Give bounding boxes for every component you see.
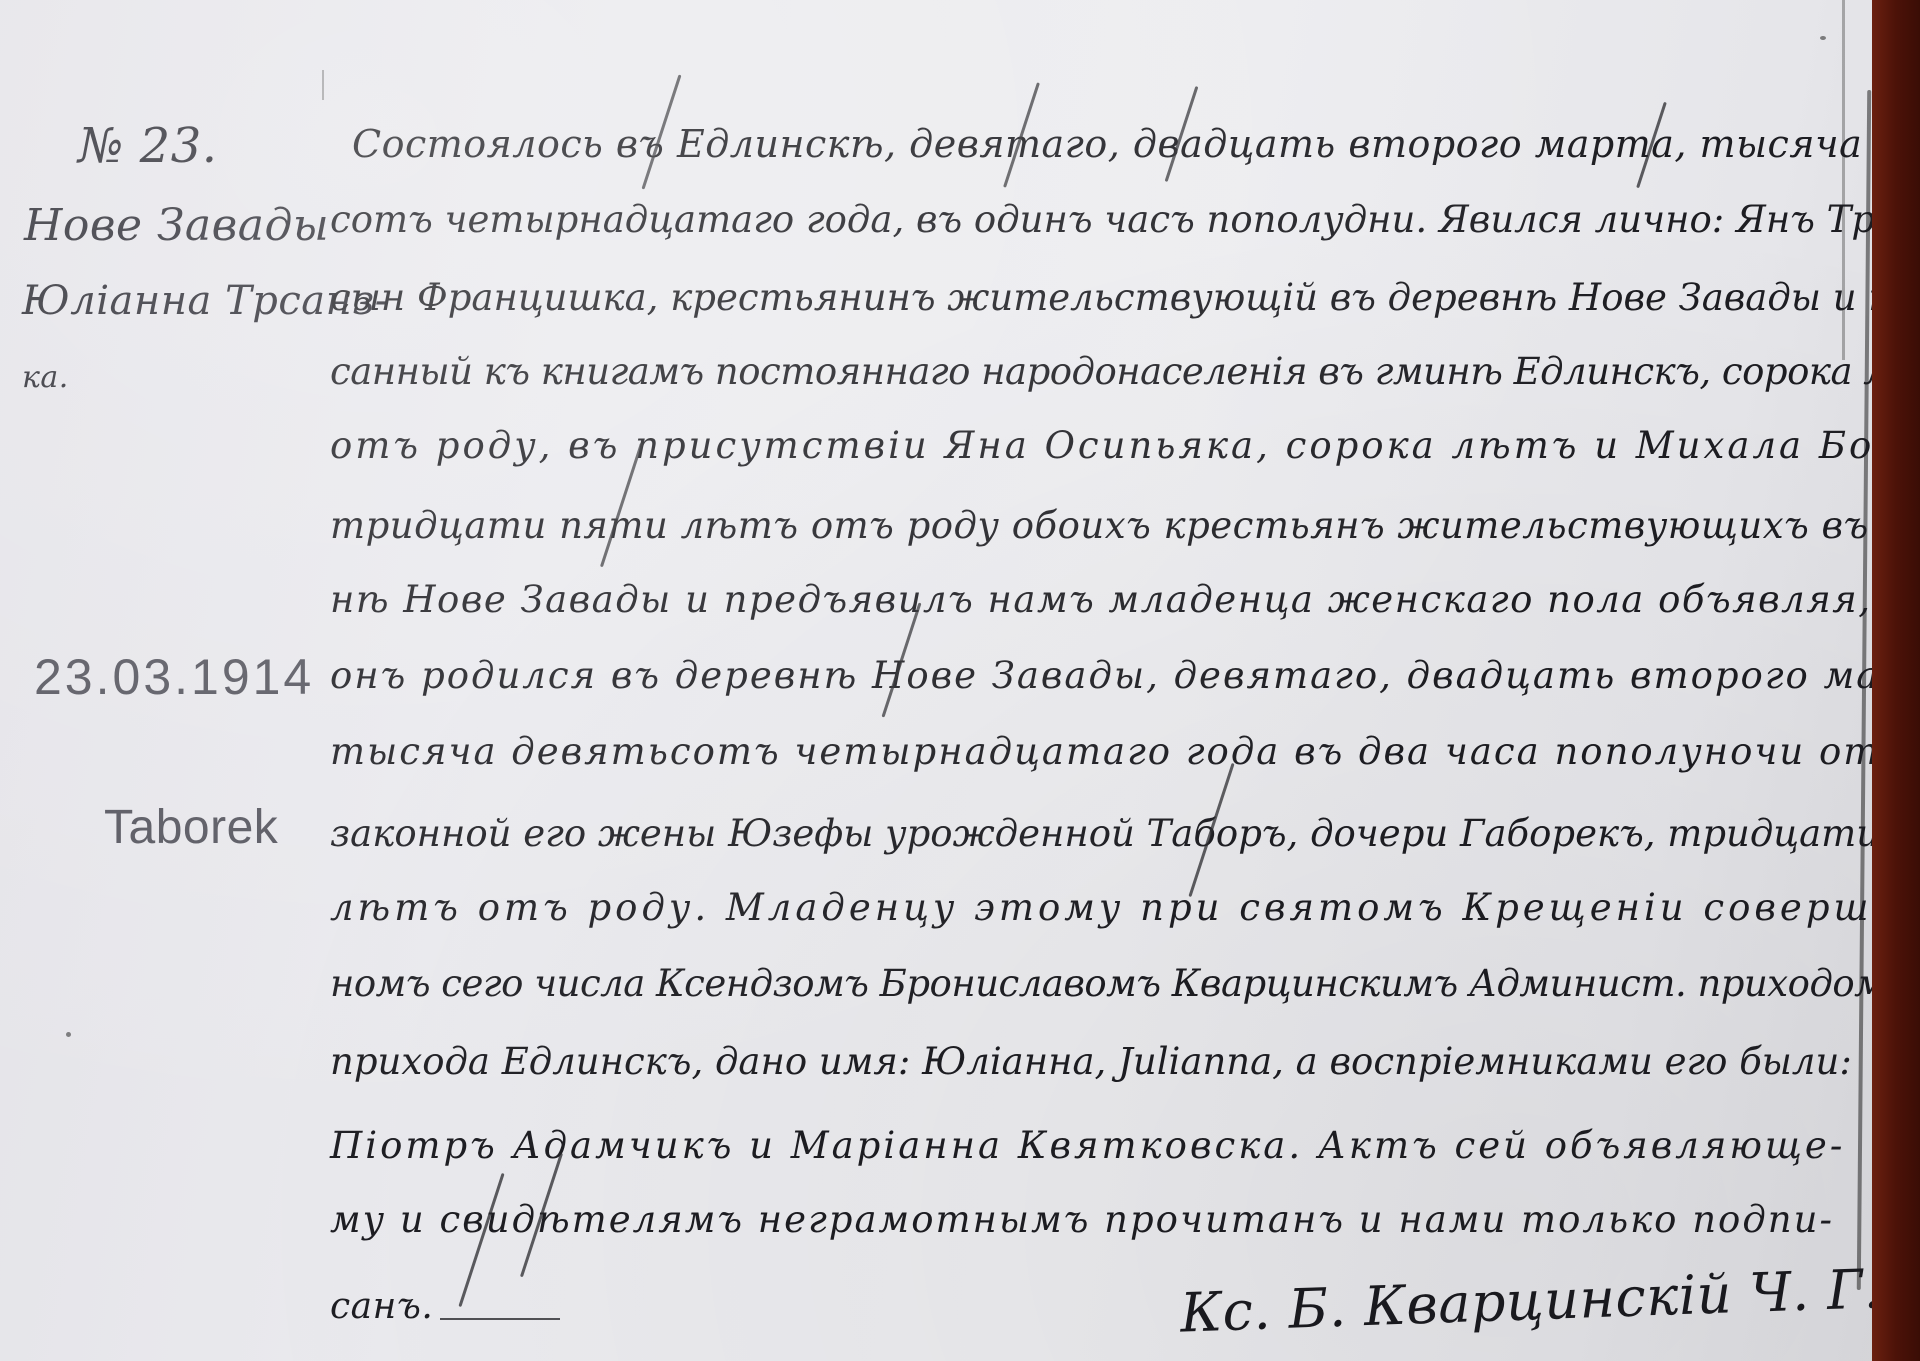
body-line-10: законной его жены Юзефы урожденной Табор… bbox=[330, 812, 1880, 855]
pencil-date-annotation: 23.03.1914 bbox=[34, 648, 314, 706]
body-line-8: онъ родился въ деревнѣ Нове Завады, девя… bbox=[330, 654, 1882, 697]
priest-signature: Кс. Б. Кварцинскiй Ч. Г. С. bbox=[1179, 1254, 1882, 1344]
record-number: № 23. bbox=[78, 118, 218, 174]
body-line-16: санъ. bbox=[330, 1286, 433, 1327]
body-line-15: му и свидѣтелямъ неграмотнымъ прочитанъ … bbox=[330, 1198, 1834, 1241]
body-line-12: номъ сего числа Ксендзомъ Брониславомъ К… bbox=[330, 962, 1882, 1005]
body-line-9: тысяча девятьсотъ четырнадцатаго года въ… bbox=[330, 730, 1882, 773]
pencil-surname-annotation: Taborek bbox=[104, 800, 278, 855]
body-line-13: прихода Едлинскъ, дано имя: Юлiанна, Jul… bbox=[330, 1040, 1852, 1083]
body-line-11: лѣтъ отъ роду. Младенцу этому при святом… bbox=[330, 886, 1882, 929]
body-line-7: нѣ Нове Завады и предъявилъ намъ младенц… bbox=[330, 578, 1882, 621]
stray-ink-dot bbox=[1820, 36, 1826, 40]
margin-rule-mark bbox=[322, 70, 324, 100]
scanned-document-page: № 23. Нове Завады Юлiанна Трсанз- ка. 23… bbox=[0, 0, 1882, 1361]
body-line-6: тридцати пяти лѣтъ отъ роду обоихъ крест… bbox=[330, 504, 1882, 547]
body-line-4: санный къ книгамъ постояннаго народонасе… bbox=[330, 350, 1882, 393]
closing-underline bbox=[440, 1318, 560, 1320]
stray-ink-dot bbox=[66, 1032, 71, 1037]
table-background-edge bbox=[1872, 0, 1920, 1361]
body-line-3: сын Францишка, крестьянинъ жительствующi… bbox=[330, 276, 1882, 319]
body-line-5: отъ роду, въ присутствiи Яна Осипьяка, с… bbox=[330, 424, 1882, 467]
body-line-2: сотъ четырнадцатаго года, въ одинъ часъ … bbox=[330, 198, 1882, 241]
margin-child-name-continued: ка. bbox=[22, 360, 69, 395]
margin-village-name: Нове Завады bbox=[24, 200, 329, 251]
